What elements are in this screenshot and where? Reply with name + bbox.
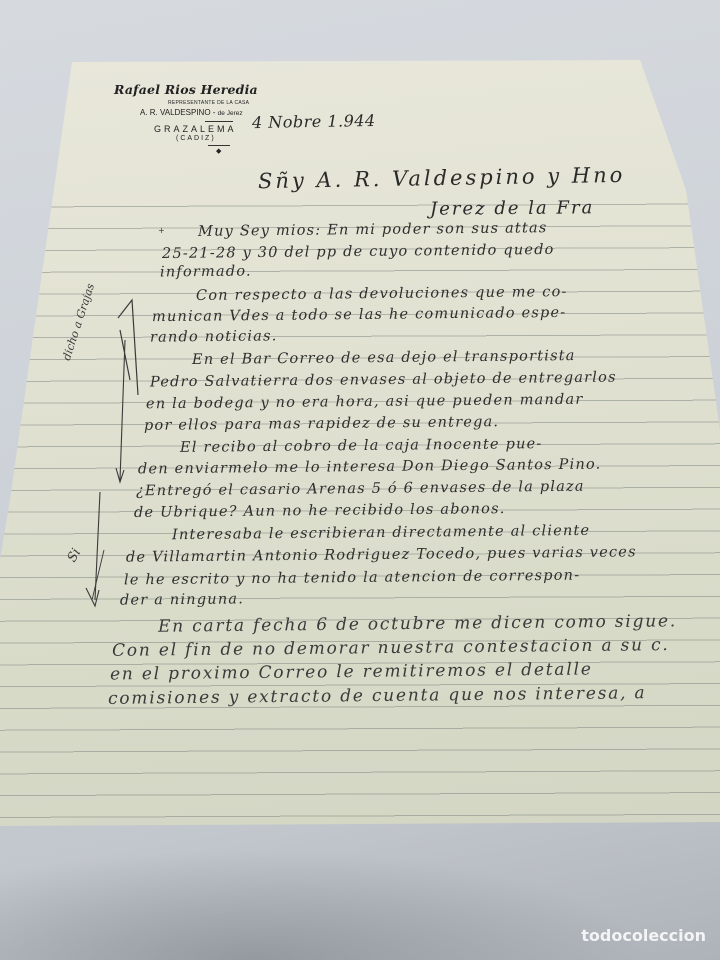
- letter-city: Jerez de la Fra: [430, 197, 594, 219]
- watermark: todocoleccion: [581, 926, 706, 945]
- margin-mark: +: [158, 226, 165, 235]
- letterhead-representative: REPRESENTANTE DE LA CASA: [118, 100, 302, 106]
- letter-date: 4 Nobre 1.944: [252, 111, 376, 132]
- letterhead-divider: [205, 121, 233, 122]
- letter-line: informado.: [160, 264, 252, 281]
- firm-name: A. R. VALDESPINO -: [140, 108, 215, 117]
- letter-line: der a ninguna.: [120, 591, 244, 608]
- letterhead-province: (CADIZ): [112, 135, 302, 142]
- letterhead-ornament-icon: ◆: [112, 147, 302, 155]
- letterhead-name: Rafael Rios Heredia: [114, 82, 302, 97]
- firm-location: de Jerez: [218, 110, 243, 117]
- letter-line: rando noticias.: [150, 328, 278, 345]
- letterhead-divider: [208, 145, 230, 146]
